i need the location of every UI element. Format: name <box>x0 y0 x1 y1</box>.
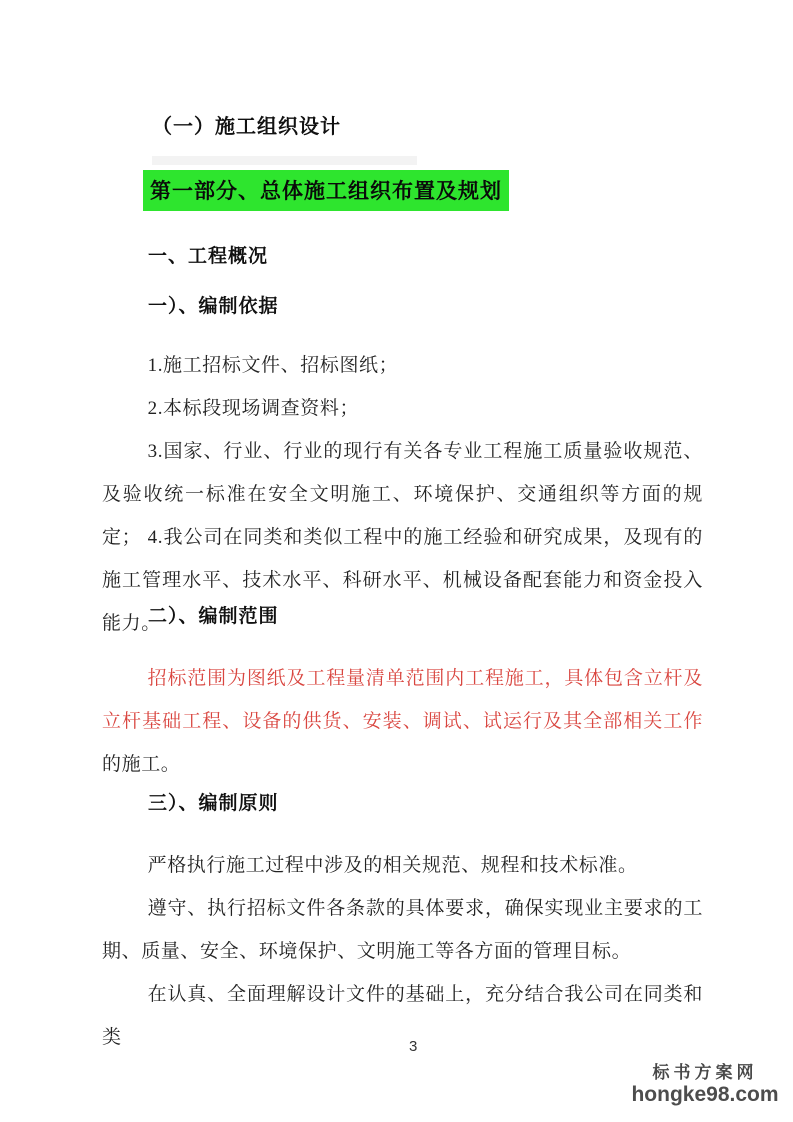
subsection-heading-scope: 二）、编制范围 <box>148 601 279 628</box>
page-number: 3 <box>409 1038 417 1055</box>
faint-highlight-strip <box>152 156 417 165</box>
site-watermark: 标书方案网 hongke98.com <box>625 1063 785 1107</box>
subsection-heading-principles: 三）、编制原则 <box>148 788 279 815</box>
scope-text-black: 的施工。 <box>102 754 180 775</box>
document-page: （一）施工组织设计 第一部分、总体施工组织布置及规划 一、工程概况 一）、编制依… <box>0 0 793 1122</box>
section-heading-overview: 一、工程概况 <box>148 241 268 268</box>
principles-paragraph-3: 在认真、全面理解设计文件的基础上，充分结合我公司在同类和类 <box>102 973 703 1059</box>
watermark-site-name: 标书方案网 <box>625 1063 785 1083</box>
principles-paragraph-1: 严格执行施工过程中涉及的相关规范、规程和技术标准。 <box>102 844 703 887</box>
basis-item-2: 2.本标段现场调查资料； <box>102 387 703 430</box>
subsection-heading-basis: 一）、编制依据 <box>148 291 279 318</box>
document-title: （一）施工组织设计 <box>152 110 341 139</box>
watermark-site-url: hongke98.com <box>625 1083 785 1107</box>
basis-item-1: 1.施工招标文件、招标图纸； <box>102 344 703 387</box>
scope-text-red: 招标范围为图纸及工程量清单范围内工程施工，具体包含立杆及立杆基础工程、设备的供货… <box>102 668 703 732</box>
part-heading-highlighted: 第一部分、总体施工组织布置及规划 <box>143 170 509 211</box>
scope-paragraph: 招标范围为图纸及工程量清单范围内工程施工，具体包含立杆及立杆基础工程、设备的供货… <box>102 657 703 786</box>
principles-paragraph-2: 遵守、执行招标文件各条款的具体要求，确保实现业主要求的工期、质量、安全、环境保护… <box>102 887 703 973</box>
